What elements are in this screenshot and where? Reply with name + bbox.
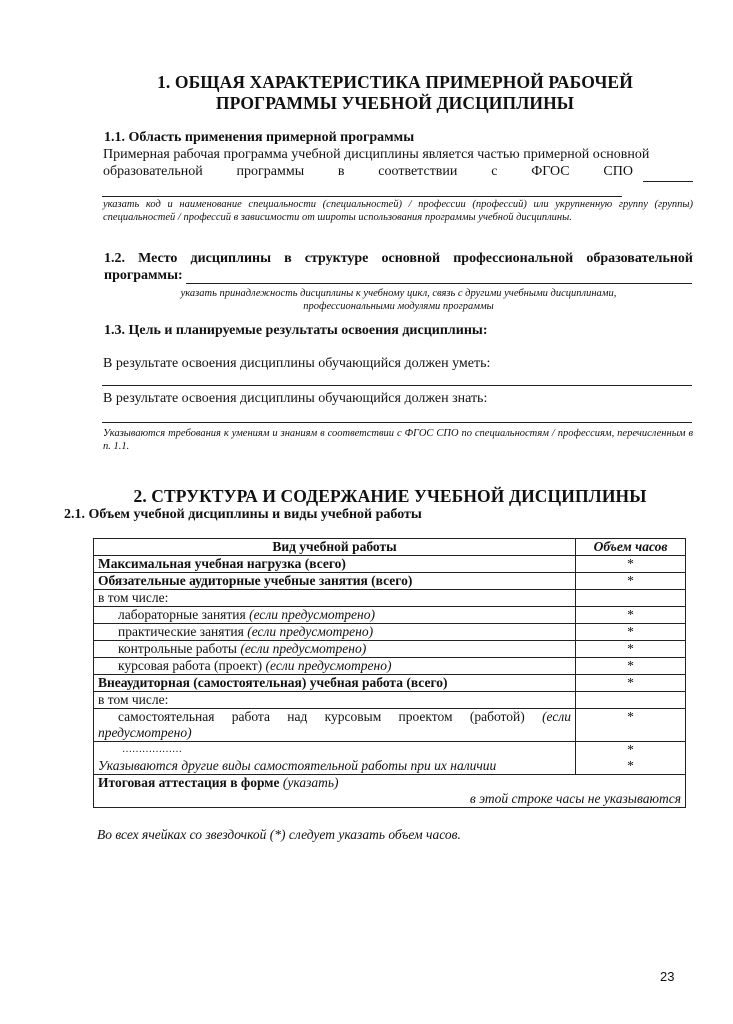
row-label-suffix: (если предусмотрено) xyxy=(249,607,375,622)
table-header-row: Вид учебной работы Объем часов xyxy=(94,539,686,556)
fill-in-line[interactable] xyxy=(102,196,622,197)
table-row: самостоятельная работа над курсовым прое… xyxy=(94,709,686,742)
subsection-1-3-heading: 1.3. Цель и планируемые результаты освое… xyxy=(104,322,488,339)
table-row: лабораторные занятия (если предусмотрено… xyxy=(94,607,686,624)
table-row: ……………… Указываются другие виды самостоят… xyxy=(94,742,686,775)
other-work-types-label: Указываются другие виды самостоятельной … xyxy=(98,758,571,774)
table-row: курсовая работа (проект) (если предусмот… xyxy=(94,658,686,675)
word: в xyxy=(338,163,345,180)
word: ФГОС xyxy=(531,163,569,180)
fill-in-line[interactable] xyxy=(643,181,693,182)
table-footnote: Во всех ячейках со звездочкой (*) следуе… xyxy=(97,827,461,843)
study-workload-table: Вид учебной работы Объем часов Максималь… xyxy=(93,538,686,808)
final-attestation-note: в этой строке часы не указываются xyxy=(98,791,681,807)
row-hours[interactable]: * xyxy=(576,658,686,675)
row-label: в том числе: xyxy=(94,692,576,709)
page-number: 23 xyxy=(660,969,674,984)
row-label-suffix: (если предусмотрено) xyxy=(247,624,373,639)
row-label-text: лабораторные занятия xyxy=(118,607,246,622)
row-label: практические занятия (если предусмотрено… xyxy=(94,624,576,641)
row-label-suffix: (если предусмотрено) xyxy=(240,641,366,656)
row-label: Максимальная учебная нагрузка (всего) xyxy=(94,556,576,573)
table-row: Внеаудиторная (самостоятельная) учебная … xyxy=(94,675,686,692)
row-hours[interactable]: * xyxy=(576,607,686,624)
fill-in-line[interactable] xyxy=(186,283,692,284)
knowledge-text: В результате освоения дисциплины обучающ… xyxy=(103,390,487,407)
table-row: контрольные работы (если предусмотрено) … xyxy=(94,641,686,658)
final-attestation-label: Итоговая аттестация в форме xyxy=(98,775,279,790)
subsection-1-1-note: указать код и наименование специальности… xyxy=(103,198,693,224)
subsection-1-2-note-line-1: указать принадлежность дисциплины к учеб… xyxy=(104,287,693,300)
row-label: лабораторные занятия (если предусмотрено… xyxy=(94,607,576,624)
table-row: в том числе: xyxy=(94,590,686,607)
word: образовательной xyxy=(103,163,203,180)
row-label-suffix: (если предусмотрено) xyxy=(266,658,392,673)
subsection-1-3-note: Указываются требования к умениям и знани… xyxy=(103,427,693,453)
subsection-1-2-note-line-2: профессиональными модулями программы xyxy=(104,300,693,313)
row-hours[interactable]: * xyxy=(576,556,686,573)
row-hours-value[interactable]: * xyxy=(580,758,681,774)
row-hours[interactable]: * xyxy=(576,709,686,742)
subsection-1-1-heading: 1.1. Область применения примерной програ… xyxy=(104,129,414,146)
subsection-2-1-heading: 2.1. Объем учебной дисциплины и виды уче… xyxy=(64,506,422,523)
row-label: контрольные работы (если предусмотрено) xyxy=(94,641,576,658)
row-hours[interactable]: * xyxy=(576,624,686,641)
section-1-title-line-1: 1. ОБЩАЯ ХАРАКТЕРИСТИКА ПРИМЕРНОЙ РАБОЧЕ… xyxy=(100,72,690,93)
row-label: самостоятельная работа над курсовым прое… xyxy=(94,709,576,742)
table-row: Обязательные аудиторные учебные занятия … xyxy=(94,573,686,590)
row-label: Обязательные аудиторные учебные занятия … xyxy=(94,573,576,590)
row-hours-value[interactable]: * xyxy=(580,742,681,758)
subsection-1-2-heading-line-1: 1.2. Место дисциплины в структуре основн… xyxy=(104,250,693,267)
final-attestation-suffix: (указать) xyxy=(283,775,339,790)
table-row: Максимальная учебная нагрузка (всего) * xyxy=(94,556,686,573)
subsection-1-1-text-line-2: образовательной программы в соответствии… xyxy=(103,163,633,180)
row-label: в том числе: xyxy=(94,590,576,607)
final-attestation-cell: Итоговая аттестация в форме (указать) в … xyxy=(94,775,686,808)
column-header-hours: Объем часов xyxy=(576,539,686,556)
ellipsis-placeholder: ……………… xyxy=(98,742,571,758)
skills-fill-in-line[interactable] xyxy=(102,385,692,386)
word: СПО xyxy=(603,163,633,180)
word: соответствии xyxy=(378,163,457,180)
knowledge-fill-in-line[interactable] xyxy=(102,422,692,423)
row-hours: * * xyxy=(576,742,686,775)
row-label: ……………… Указываются другие виды самостоят… xyxy=(94,742,576,775)
row-label-text: самостоятельная работа над курсовым прое… xyxy=(118,709,525,724)
table-row: практические занятия (если предусмотрено… xyxy=(94,624,686,641)
row-label-text: курсовая работа (проект) xyxy=(118,658,262,673)
row-label-text: контрольные работы xyxy=(118,641,237,656)
word: с xyxy=(491,163,497,180)
row-label-text: практические занятия xyxy=(118,624,244,639)
row-label: курсовая работа (проект) (если предусмот… xyxy=(94,658,576,675)
row-hours[interactable]: * xyxy=(576,573,686,590)
section-2-title: 2. СТРУКТУРА И СОДЕРЖАНИЕ УЧЕБНОЙ ДИСЦИП… xyxy=(80,486,700,507)
row-hours[interactable]: * xyxy=(576,641,686,658)
row-hours xyxy=(576,692,686,709)
column-header-work-type: Вид учебной работы xyxy=(94,539,576,556)
word: программы xyxy=(237,163,305,180)
skills-text: В результате освоения дисциплины обучающ… xyxy=(103,355,490,372)
subsection-1-2-heading-line-2: программы: xyxy=(104,267,183,284)
table-row: в том числе: xyxy=(94,692,686,709)
table-row-final-attestation: Итоговая аттестация в форме (указать) в … xyxy=(94,775,686,808)
row-hours[interactable]: * xyxy=(576,675,686,692)
subsection-1-1-text-line-1: Примерная рабочая программа учебной дисц… xyxy=(103,146,693,163)
row-hours xyxy=(576,590,686,607)
row-label: Внеаудиторная (самостоятельная) учебная … xyxy=(94,675,576,692)
section-1-title-line-2: ПРОГРАММЫ УЧЕБНОЙ ДИСЦИПЛИНЫ xyxy=(100,93,690,114)
